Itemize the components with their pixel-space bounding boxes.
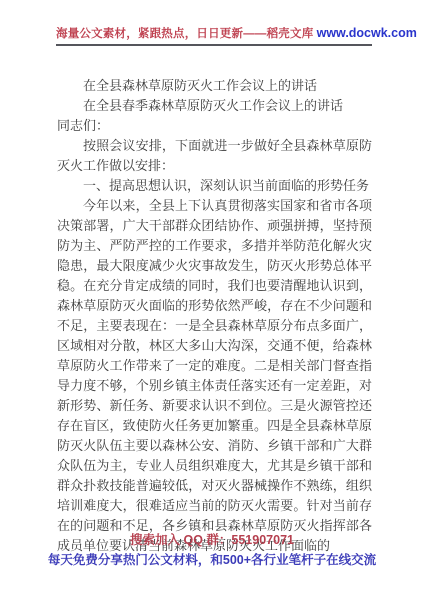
document-page: 海量公文素材，紧跟热点，日日更新——稻壳文库 www.docwk.com 在全县… <box>0 0 424 600</box>
site-slogan-text: 海量公文素材，紧跟热点，日日更新——稻壳文库 <box>56 28 313 40</box>
site-header: 海量公文素材，紧跟热点，日日更新——稻壳文库 www.docwk.com <box>56 26 372 46</box>
share-promo-line: 每天免费分享热门公文材料，和500+各行业笔杆子在线交流 <box>0 550 424 570</box>
document-title-line-2: 在全县春季森林草原防灭火工作会议上的讲话 <box>57 96 372 116</box>
document-title-line-1: 在全县森林草原防灭火工作会议上的讲话 <box>57 76 372 96</box>
site-footer: 搜索加入 QQ 群：551907071 每天免费分享热门公文材料，和500+各行… <box>0 530 424 570</box>
paragraph-situation-analysis: 今年以来，全县上下认真贯彻落实国家和省市各项决策部署，广大干部群众团结协作、顽强… <box>57 196 372 556</box>
document-body: 在全县森林草原防灭火工作会议上的讲话 在全县春季森林草原防灭火工作会议上的讲话 … <box>57 76 372 556</box>
salutation: 同志们： <box>57 116 372 136</box>
site-url-link[interactable]: www.docwk.com <box>317 26 417 40</box>
paragraph-meeting-arrangement: 按照会议安排，下面就进一步做好全县森林草原防灭火工作做以安排： <box>57 136 372 176</box>
qq-group-line: 搜索加入 QQ 群：551907071 <box>0 530 424 550</box>
section-heading-1: 一、提高思想认识，深刻认识当前面临的形势任务 <box>57 176 372 196</box>
